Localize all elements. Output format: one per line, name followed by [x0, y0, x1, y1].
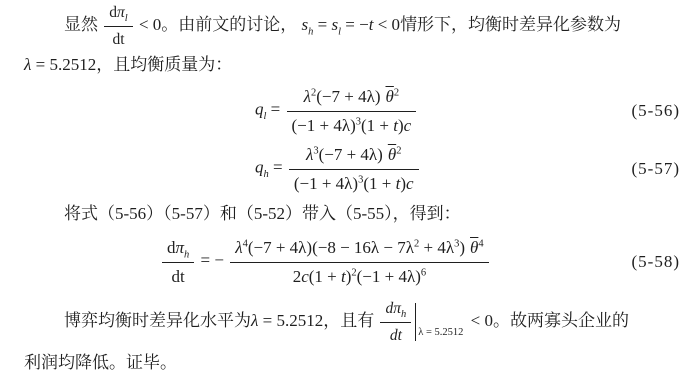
equation-5-57: qh = λ3(−7 + 4λ)θ2(−1 + 4λ)3(1 + t)c (5-… [0, 140, 698, 198]
relation-equals-minus: = − [201, 251, 224, 270]
text-segment: = 5.2512，且均衡质量为： [31, 55, 232, 74]
equation-body: qh = λ3(−7 + 4λ)θ2(−1 + 4λ)3(1 + t)c [255, 143, 421, 195]
text-segment: < 0。故两寡头企业的 [471, 311, 629, 330]
fraction-numerator: λ2(−7 + 4λ)θ2 [287, 85, 417, 111]
fraction-numerator: λ4(−7 + 4λ)(−8 − 16λ − 7λ2 + 4λ3)θ4 [230, 236, 488, 262]
fraction-numerator: dπh [380, 298, 411, 322]
fraction-dpi-l-dt: dπldt [104, 2, 132, 50]
fraction-denominator: dt [380, 323, 411, 346]
fraction-denominator: (−1 + 4λ)3(1 + t)c [287, 112, 417, 137]
relation-equals: = [271, 100, 281, 119]
paragraph-intro: 显然 dπldt < 0。由前文的讨论， sh = sl = −t < 0情形下… [0, 0, 698, 50]
fraction-numerator: λ3(−7 + 4λ)θ2 [289, 143, 419, 169]
text-segment: 博弈均衡时差异化水平为 [64, 311, 251, 330]
text-segment: < 0。由前文的讨论， [139, 15, 297, 34]
paragraph-substitute: 将式（5-56）（5-57）和（5-52）带入（5-55），得到： [0, 198, 698, 230]
fraction-dpi-h-dt: dπhdt [162, 236, 194, 288]
fraction: λ3(−7 + 4λ)θ2(−1 + 4λ)3(1 + t)c [289, 143, 419, 195]
text-segment: 情形下，均衡时差异化参数为 [400, 15, 621, 34]
paragraph-lambda-value: λ = 5.2512，且均衡质量为： [0, 50, 698, 80]
relation-equals-minus: = − [345, 15, 368, 34]
equation-number: (5-57) [632, 159, 680, 179]
equation-number: (5-58) [632, 252, 680, 272]
equation-number: (5-56) [632, 101, 680, 121]
var-t: t [369, 15, 374, 34]
relation-equals: = [273, 158, 283, 177]
text-segment: = 5.2512，且有 [258, 311, 374, 330]
equation-5-56: ql = λ2(−7 + 4λ)θ2(−1 + 4λ)3(1 + t)c (5-… [0, 82, 698, 140]
relation-equals: = [318, 15, 328, 34]
fraction-denominator: (−1 + 4λ)3(1 + t)c [289, 170, 419, 195]
equation-5-58: dπhdt = − λ4(−7 + 4λ)(−8 − 16λ − 7λ2 + 4… [0, 230, 698, 294]
fraction-numerator: dπh [162, 236, 194, 262]
text-segment: < 0 [378, 15, 400, 34]
var-q-h: q [255, 158, 264, 177]
evaluation-bar [415, 303, 416, 341]
text-segment: 将式（5-56）（5-57）和（5-52）带入（5-55），得到： [64, 204, 461, 223]
fraction-denominator: 2c(1 + t)2(−1 + 4λ)6 [230, 263, 488, 288]
fraction-numerator: dπl [104, 2, 132, 26]
fraction-dpi-h-dt-inline: dπhdt [380, 298, 411, 346]
evaluation-subscript: λ = 5.2512 [418, 327, 463, 338]
fraction: λ2(−7 + 4λ)θ2(−1 + 4λ)3(1 + t)c [287, 85, 417, 137]
paragraph-qed: 利润均降低。证毕。 [0, 350, 698, 376]
document-page: 显然 dπldt < 0。由前文的讨论， sh = sl = −t < 0情形下… [0, 0, 698, 379]
theta-bar: θ [386, 87, 394, 106]
var-q-l: q [255, 100, 264, 119]
equation-body: ql = λ2(−7 + 4λ)θ2(−1 + 4λ)3(1 + t)c [255, 85, 418, 137]
fraction-denominator: dt [162, 263, 194, 288]
fraction: λ4(−7 + 4λ)(−8 − 16λ − 7λ2 + 4λ3)θ42c(1 … [230, 236, 488, 288]
text-lead: 显然 [64, 15, 98, 34]
fraction-denominator: dt [104, 27, 132, 50]
theta-bar: θ [388, 145, 396, 164]
text-segment: 利润均降低。证毕。 [24, 353, 177, 372]
paragraph-conclusion: 博弈均衡时差异化水平为λ = 5.2512，且有 dπhdtλ = 5.2512… [0, 294, 698, 348]
equation-body: dπhdt = − λ4(−7 + 4λ)(−8 − 16λ − 7λ2 + 4… [160, 236, 491, 288]
